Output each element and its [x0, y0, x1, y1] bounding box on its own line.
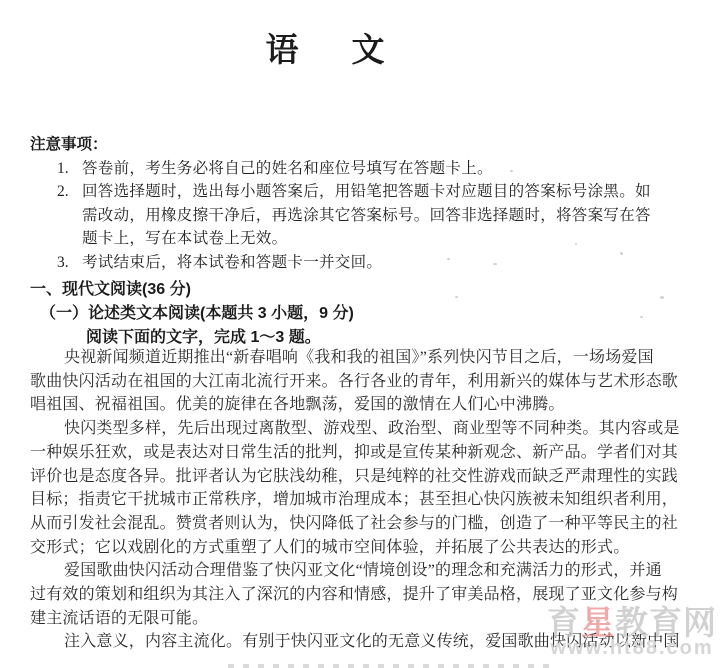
watermark-url: www.ht88.com [546, 638, 718, 658]
scan-noise-speck [455, 296, 458, 298]
watermark: 育星教育网 www.ht88.com [546, 606, 718, 658]
clipped-bottom-line [228, 664, 558, 668]
watermark-brand-gray-right: 教育网 [615, 604, 717, 641]
notice-item: 1. 答卷前，考生务必将自己的姓名和座位号填写在答题卡上。 [57, 157, 694, 181]
notice-item-text: 回答选择题时，选出每小题答案后，用铅笔把答题卡对应题目的答案标号涂黑。如 [82, 180, 694, 204]
exam-title: 语 文 [0, 24, 660, 71]
scan-noise-speck [493, 263, 497, 265]
section-subheading: （一）论述类文本阅读(本题共 3 小题，9 分) [40, 302, 694, 326]
notice-item-number: 1. [57, 157, 82, 181]
scan-noise-speck [620, 252, 623, 255]
section-heading: 一、现代文阅读(36 分) [30, 278, 694, 302]
notice-item: 2. 回答选择题时，选出每小题答案后，用铅笔把答题卡对应题目的答案标号涂黑。如 … [57, 180, 694, 251]
passage-line: 目标；指责它干扰城市正常秩序，增加城市治理成本；甚至担心快闪族被未知组织者利用， [30, 488, 696, 512]
notice-section: 注意事项： 1. 答卷前，考生务必将自己的姓名和座位号填写在答题卡上。 2. 回… [30, 133, 694, 274]
passage-line: 歌曲快闪活动在祖国的大江南北流行开来。各行各业的青年，利用新兴的媒体与艺术形态歌 [30, 370, 696, 394]
reading-section-header: 一、现代文阅读(36 分) （一）论述类文本阅读(本题共 3 小题，9 分) 阅… [30, 278, 694, 350]
notice-item: 3. 考试结束后，将本试卷和答题卡一并交回。 [57, 251, 694, 275]
passage-line: 交形式；它以戏剧化的方式重塑了人们的城市空间体验，并拓展了公共表达的形式。 [30, 536, 696, 560]
scan-noise-speck [510, 170, 513, 172]
passage-line: 一种娱乐狂欢，或是表达对日常生活的批判，抑或是宣传某种新观念、新产品。学者们对其 [30, 441, 696, 465]
watermark-brand-gray-left: 育 [547, 604, 581, 641]
scan-noise-speck [660, 296, 664, 299]
notice-item-number: 3. [57, 251, 82, 275]
notice-item-text: 答卷前，考生务必将自己的姓名和座位号填写在答题卡上。 [82, 157, 694, 181]
watermark-brand-accent: 星 [581, 604, 615, 641]
scan-noise-speck [640, 316, 643, 318]
notice-item-text: 需改动，用橡皮擦干净后，再选涂其它答案标号。回答非选择题时，将答案写在答 [82, 204, 694, 228]
scan-noise-speck [575, 243, 577, 245]
notice-heading: 注意事项： [30, 133, 694, 157]
passage-line: 从而引发社会混乱。赞赏者则认为，快闪降低了社会参与的门槛，创造了一种平等民主的社 [30, 512, 696, 536]
notice-item-text: 题卡上，写在本试卷上无效。 [82, 227, 694, 251]
passage-line: 爱国歌曲快闪活动合理借鉴了快闪亚文化“情境创设”的理念和充满活力的形式，并通 [30, 559, 696, 583]
passage-line: 唱祖国、祝福祖国。优美的旋律在各地飘荡，爱国的激情在人们心中沸腾。 [30, 393, 696, 417]
exam-paper-page: 语 文 注意事项： 1. 答卷前，考生务必将自己的姓名和座位号填写在答题卡上。 … [0, 0, 720, 668]
passage-line: 快闪类型多样，先后出现过离散型、游戏型、政治型、商业型等不同种类。其内容或是 [30, 417, 696, 441]
passage-line: 央视新闻频道近期推出“新春唱响《我和我的祖国》”系列快闪节目之后，一场场爱国 [30, 346, 696, 370]
notice-item-number: 2. [57, 180, 82, 251]
passage-line: 评价也是态度各异。批评者认为它肤浅幼稚，只是纯粹的社交性游戏而缺乏严肃理性的实践 [30, 465, 696, 489]
watermark-brand: 育星教育网 [546, 606, 718, 640]
notice-item-text: 考试结束后，将本试卷和答题卡一并交回。 [82, 251, 694, 275]
scan-noise-speck [447, 258, 450, 260]
